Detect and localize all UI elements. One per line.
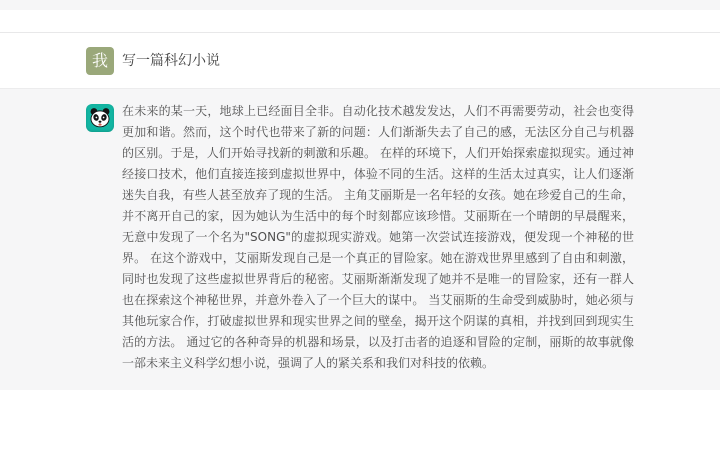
previous-message-remnant bbox=[0, 0, 720, 10]
chat-window: 我 写一篇科幻小说 在未来的某一天，地球上已经面目全非。自动化技术 bbox=[0, 0, 720, 471]
row-spacer bbox=[0, 10, 720, 32]
assistant-message-text: 在未来的某一天，地球上已经面目全非。自动化技术越发发达，人们不再需要劳动，社会也… bbox=[122, 101, 634, 374]
user-avatar: 我 bbox=[86, 47, 114, 75]
assistant-avatar bbox=[86, 104, 114, 132]
user-message-row: 我 写一篇科幻小说 bbox=[0, 32, 720, 88]
panda-icon bbox=[88, 106, 112, 130]
assistant-message-row: 在未来的某一天，地球上已经面目全非。自动化技术越发发达，人们不再需要劳动，社会也… bbox=[0, 88, 720, 390]
user-message-text: 写一篇科幻小说 bbox=[122, 51, 220, 71]
